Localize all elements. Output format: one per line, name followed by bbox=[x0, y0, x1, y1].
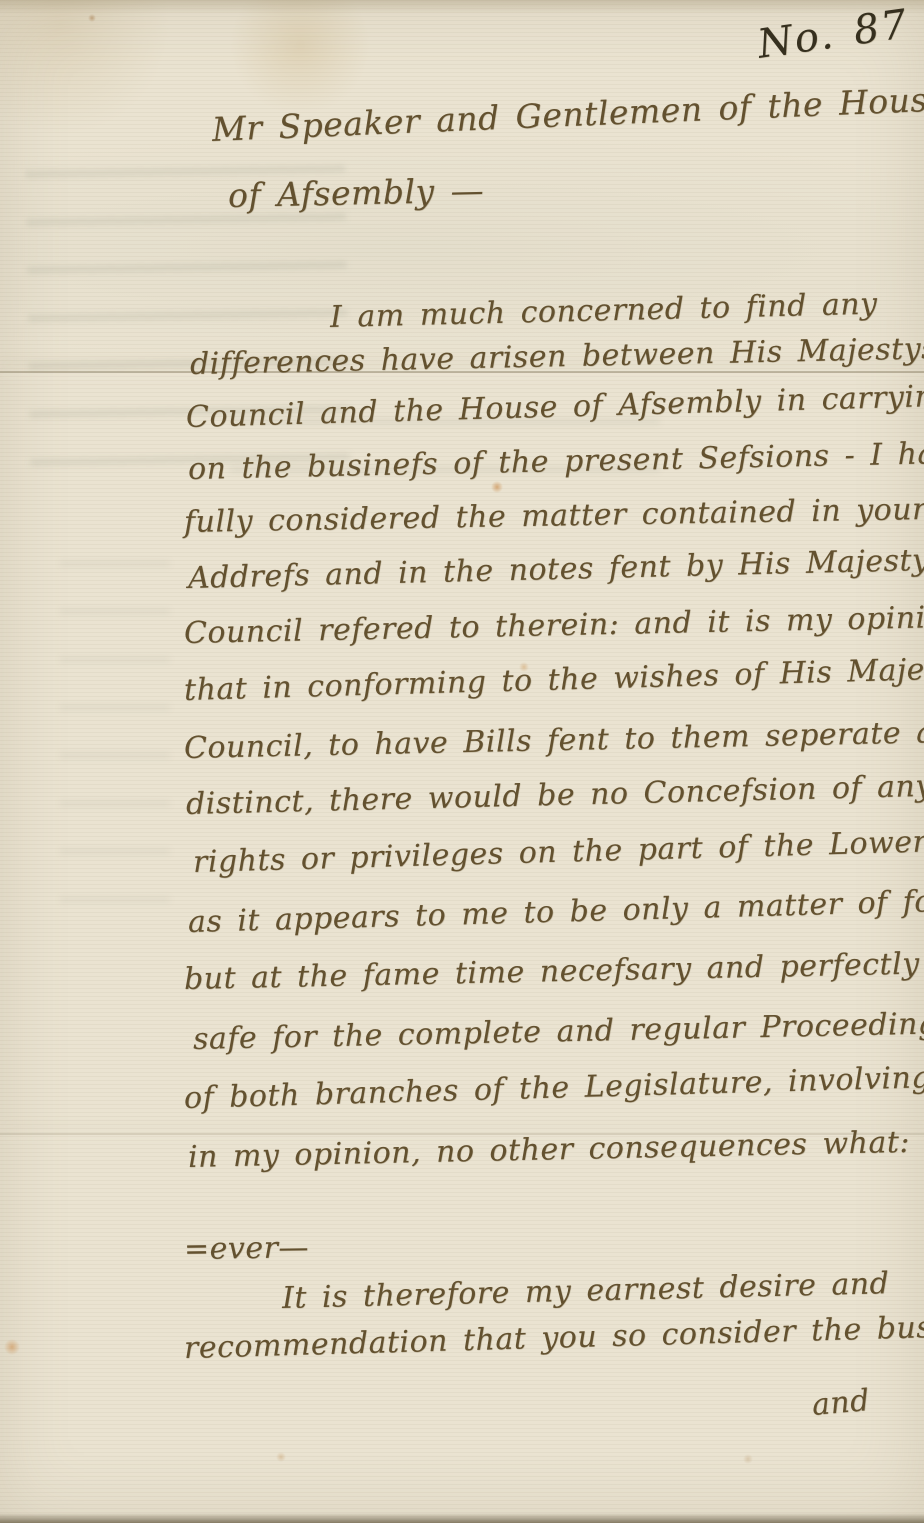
manuscript-page: No. 87 Mr Speaker and Gentlemen of the H… bbox=[0, 0, 924, 1523]
letter-line: I am much concerned to find any bbox=[330, 287, 878, 335]
letter-line: safe for the complete and regular Procee… bbox=[193, 1006, 924, 1057]
letter-line: on the businefs of the present Sefsions … bbox=[188, 436, 924, 487]
letter-line: Addrefs and in the notes fent by His Maj… bbox=[188, 542, 924, 596]
letter-line: as it appears to me to be only a matter … bbox=[188, 883, 924, 940]
letter-line: but at the fame time necefsary and perfe… bbox=[184, 947, 920, 997]
ink-bleedthrough-smudge bbox=[60, 560, 170, 920]
salutation-line: Mr Speaker and Gentlemen of the House bbox=[211, 79, 924, 149]
letter-line: Council refered to therein: and it is my… bbox=[184, 599, 924, 651]
letter-line: recommendation that you so consider the … bbox=[184, 1308, 924, 1366]
letter-line: It is therefore my earnest desire and bbox=[282, 1266, 890, 1316]
letter-line: differences have arisen between His Maje… bbox=[190, 330, 924, 382]
letter-line: of both branches of the Legislature, inv… bbox=[184, 1060, 924, 1116]
letter-line: that in conforming to the wishes of His … bbox=[184, 650, 924, 708]
letter-line: =ever— bbox=[184, 1230, 309, 1267]
letter-line: Council, to have Bills fent to them sepe… bbox=[184, 714, 924, 766]
letter-line: rights or privileges on the part of the … bbox=[193, 821, 924, 880]
letter-line: Council and the House of Afsembly in car… bbox=[186, 379, 924, 435]
document-number: No. 87 bbox=[755, 1, 912, 68]
salutation-line: of Afsembly — bbox=[228, 171, 485, 215]
catchword: and bbox=[810, 1383, 871, 1423]
letter-line: distinct, there would be no Concefsion o… bbox=[186, 769, 924, 822]
letter-line: fully considered the matter contained in… bbox=[184, 492, 924, 540]
